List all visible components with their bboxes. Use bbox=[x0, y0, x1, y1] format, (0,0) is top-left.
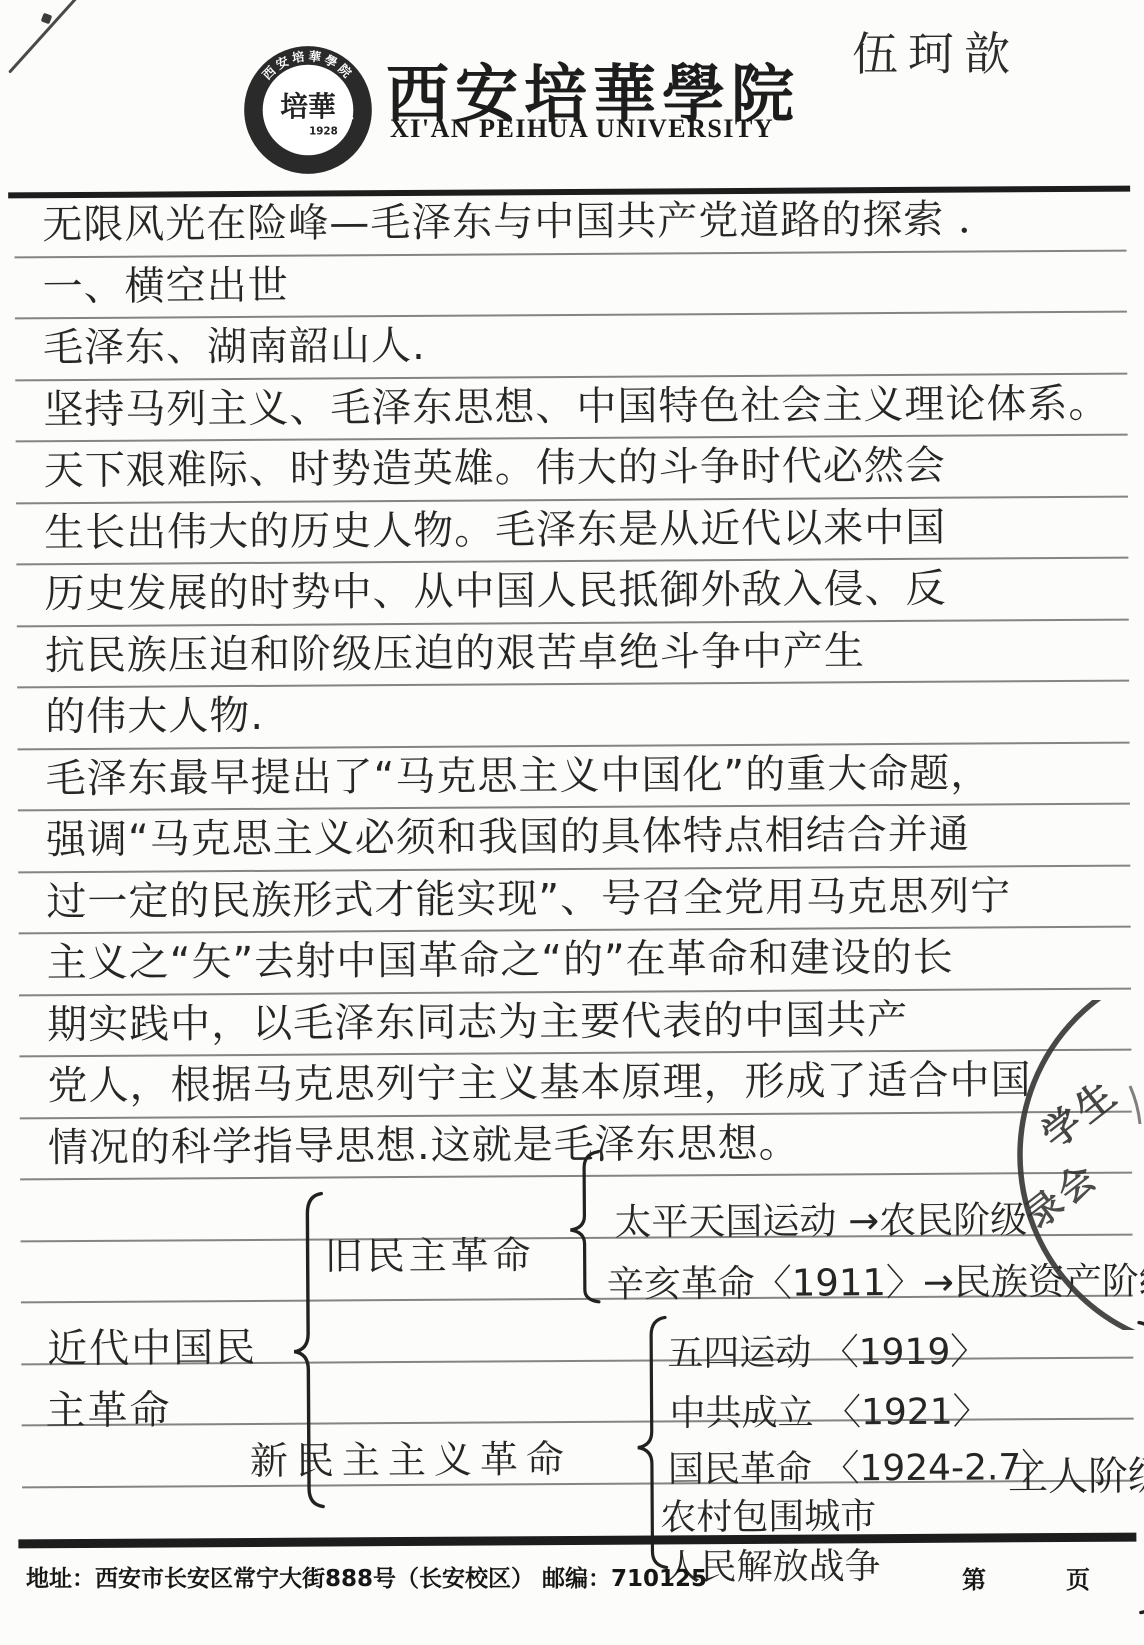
result-label: 工人阶级 bbox=[1008, 1444, 1144, 1502]
ruled-sheet: 无限风光在险峰—毛泽东与中国共产党道路的探索 ． 一、横空出世 毛泽东、湖南韶山… bbox=[0, 0, 1144, 1645]
student-union-stamp: 学生 录会 bbox=[980, 1000, 1144, 1330]
new-revolution-item: 五四运动 〈1919〉 bbox=[667, 1323, 986, 1376]
root-label-line2: 主革命 bbox=[45, 1378, 171, 1436]
footer-page-prefix: 第 bbox=[962, 1560, 986, 1595]
footer-address: 地址：西安市长安区常宁大街888号（长安校区） 邮编：710125 bbox=[26, 1560, 707, 1593]
new-revolution-item: 国民革命 〈1924-2.7〉 bbox=[668, 1439, 1058, 1492]
old-revolution-brace bbox=[570, 1152, 599, 1302]
footer-page-suffix: 页 bbox=[1066, 1560, 1090, 1595]
revolution-diagram: 旧民主革命 太平天国运动 →农民阶级 辛亥革命〈1911〉→民族资产阶级 近代中… bbox=[0, 0, 1144, 1645]
new-revolution-item: 农村包围城市 bbox=[660, 1488, 876, 1540]
old-revolution-label: 旧民主革命 bbox=[324, 1224, 534, 1280]
old-revolution-item: 太平天国运动 →农民阶级 bbox=[614, 1189, 1027, 1246]
root-label-line1: 近代中国民 bbox=[47, 1316, 257, 1374]
stamp-text-top: 学生 bbox=[1033, 1071, 1126, 1157]
stamp-arc-fragment bbox=[1130, 1086, 1140, 1124]
scanned-note-page: 伍珂歆 西安培華學院 Xi'an Peihua University 培華 19… bbox=[0, 0, 1144, 1645]
new-revolution-label: 新民主主义革命 bbox=[250, 1428, 572, 1485]
new-revolution-item: 中共成立 〈1921〉 bbox=[669, 1383, 988, 1436]
